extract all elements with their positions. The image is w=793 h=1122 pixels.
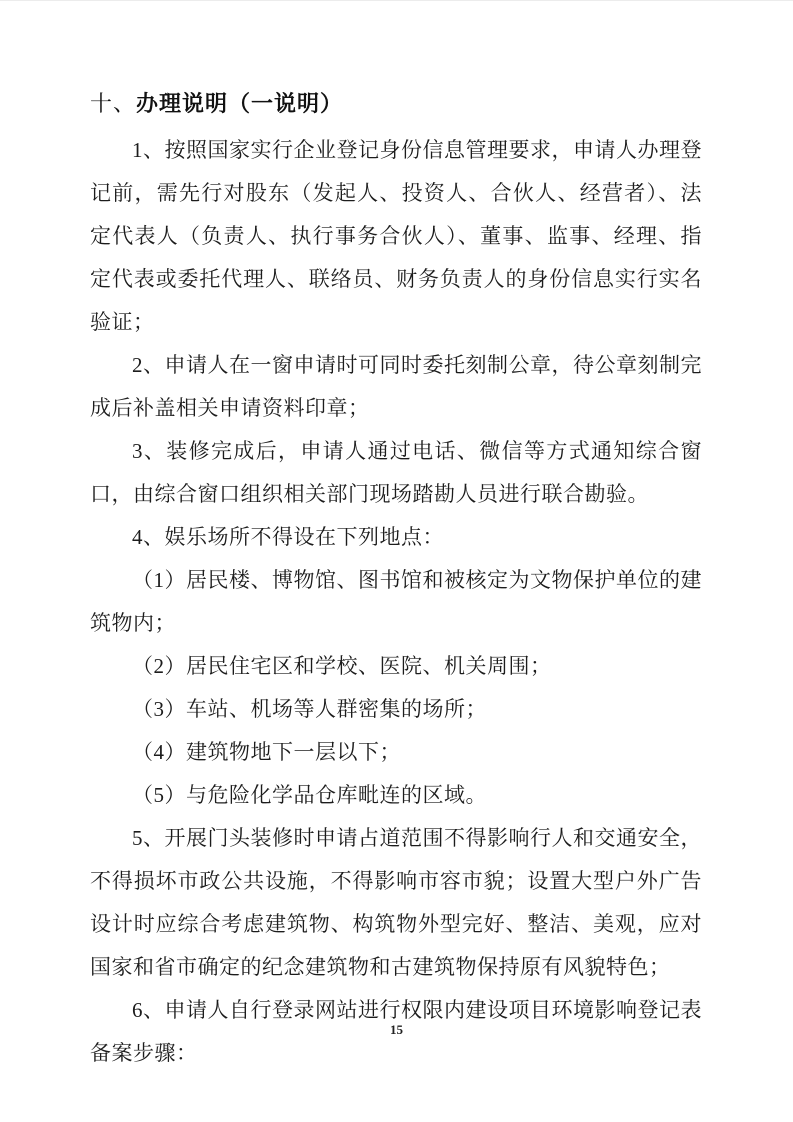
list-item-4: （4）建筑物地下一层以下；	[90, 731, 702, 774]
section-number: 十、	[90, 91, 136, 116]
paragraph-2: 2、申请人在一窗申请时可同时委托刻制公章，待公章刻制完成后补盖相关申请资料印章；	[90, 344, 702, 430]
list-item-3: （3）车站、机场等人群密集的场所；	[90, 688, 702, 731]
section-title: 办理说明（一说明）	[136, 91, 343, 116]
list-item-5: （5）与危险化学品仓库毗连的区域。	[90, 774, 702, 817]
paragraph-5: 5、开展门头装修时申请占道范围不得影响行人和交通安全，不得损坏市政公共设施，不得…	[90, 817, 702, 989]
document-page: 十、办理说明（一说明） 1、按照国家实行企业登记身份信息管理要求，申请人办理登记…	[0, 0, 793, 1122]
paragraph-3: 3、装修完成后，申请人通过电话、微信等方式通知综合窗口，由综合窗口组织相关部门现…	[90, 430, 702, 516]
document-body: 十、办理说明（一说明） 1、按照国家实行企业登记身份信息管理要求，申请人办理登记…	[90, 89, 702, 1075]
paragraph-1: 1、按照国家实行企业登记身份信息管理要求，申请人办理登记前，需先行对股东（发起人…	[90, 129, 702, 344]
section-heading: 十、办理说明（一说明）	[90, 89, 702, 119]
list-item-1: （1）居民楼、博物馆、图书馆和被核定为文物保护单位的建筑物内；	[90, 559, 702, 645]
list-item-2: （2）居民住宅区和学校、医院、机关周围；	[90, 645, 702, 688]
page-number: 15	[0, 1022, 793, 1038]
paragraph-4: 4、娱乐场所不得设在下列地点：	[90, 516, 702, 559]
